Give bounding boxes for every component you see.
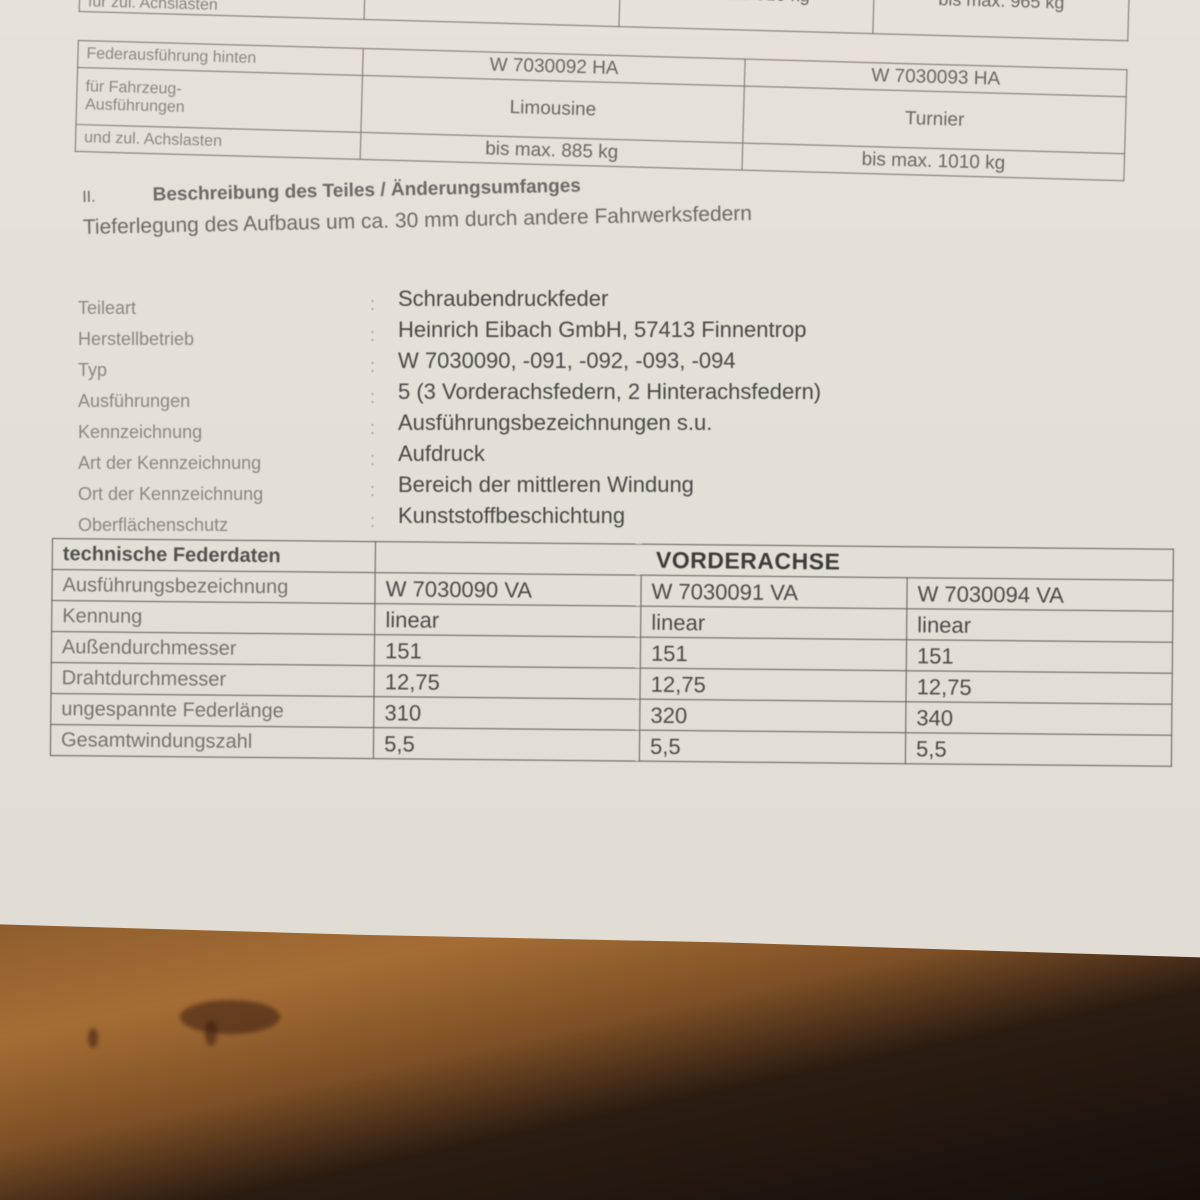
row-label: für Fahrzeug- Ausführungen <box>76 67 363 132</box>
cell: 5,5 <box>905 733 1171 767</box>
detail-colon: : <box>370 387 375 408</box>
detail-colon: : <box>370 449 375 470</box>
detail-colon: : <box>370 480 375 501</box>
cell: bis max. 910 kg <box>619 0 875 34</box>
cell: Turnier <box>743 86 1126 154</box>
row-label: für zul. Achslasten <box>79 0 365 19</box>
detail-value: Ausführungsbezeichnungen s.u. <box>398 410 712 436</box>
detail-label: Art der Kennzeichnung <box>78 453 261 474</box>
detail-row: Kennzeichnung : Ausführungsbezeichnungen… <box>78 410 978 441</box>
detail-colon: : <box>370 418 375 439</box>
cell: 5,5 <box>374 728 640 762</box>
cell: 12,75 <box>906 671 1172 705</box>
cell: W 7030091 VA <box>641 575 907 609</box>
cell: 310 <box>374 697 640 731</box>
detail-label: Herstellbetrieb <box>78 329 194 350</box>
row-label: Außendurchmesser <box>51 632 374 666</box>
row-label: ungespannte Federlänge <box>51 693 374 727</box>
detail-row: Art der Kennzeichnung : Aufdruck <box>78 441 978 472</box>
detail-label: Ort der Kennzeichnung <box>78 484 263 505</box>
cell: linear <box>907 609 1173 643</box>
cell: 12,75 <box>640 668 906 702</box>
cell: Limousine <box>361 75 744 143</box>
cell: 5,5 <box>639 730 905 764</box>
document-page: für zul. Achslasten bis max. 885 kg bis … <box>0 0 1200 958</box>
detail-colon: : <box>370 325 375 346</box>
detail-label: Teileart <box>78 298 136 319</box>
detail-value: Heinrich Eibach GmbH, 57413 Finnentrop <box>398 317 806 343</box>
detail-value: W 7030090, -091, -092, -093, -094 <box>398 348 736 374</box>
row-label: Ausführungsbezeichnung <box>52 570 375 604</box>
front-load-table-cut: für zul. Achslasten bis max. 885 kg bis … <box>79 0 1130 41</box>
detail-colon: : <box>370 511 375 532</box>
cell: 320 <box>640 699 906 733</box>
detail-row: Ort der Kennzeichnung : Bereich der mitt… <box>78 472 978 503</box>
detail-value: Bereich der mittleren Windung <box>398 472 694 498</box>
row-label: Drahtdurchmesser <box>51 662 374 696</box>
cell: bis max. 885 kg <box>364 0 620 27</box>
desk-stain <box>88 1028 98 1048</box>
detail-value: Kunststoffbeschichtung <box>398 503 625 529</box>
detail-row: Herstellbetrieb : Heinrich Eibach GmbH, … <box>78 317 978 348</box>
detail-value: Schraubendruckfeder <box>398 286 608 312</box>
rear-spring-table: Federausführung hinten W 7030092 HA W 70… <box>75 40 1128 181</box>
cell: 340 <box>906 702 1172 736</box>
detail-row: Teileart : Schraubendruckfeder <box>78 286 978 317</box>
cell: linear <box>375 604 641 638</box>
spring-data-table: technische Federdaten VORDERACHSE Ausfüh… <box>50 538 1174 767</box>
desk-stain <box>180 1000 280 1034</box>
detail-label: Oberflächenschutz <box>78 515 228 536</box>
cell: 151 <box>906 640 1172 674</box>
detail-value: Aufdruck <box>398 441 485 467</box>
detail-label: Typ <box>78 360 107 381</box>
detail-colon: : <box>370 356 375 377</box>
row-label: Kennung <box>52 601 375 635</box>
cell: 151 <box>374 635 640 669</box>
detail-label: Ausführungen <box>78 391 190 412</box>
detail-row: Ausführungen : 5 (3 Vorderachsfedern, 2 … <box>78 379 978 410</box>
detail-row: Oberflächenschutz : Kunststoffbeschichtu… <box>78 503 978 534</box>
section-heading: II. Beschreibung des Teiles / Änderungsu… <box>82 167 983 240</box>
section-title: Beschreibung des Teiles / Änderungsumfan… <box>152 176 581 206</box>
cell: W 7030094 VA <box>907 578 1173 612</box>
cell: bis max. 965 kg <box>873 0 1129 41</box>
top-tables: für zul. Achslasten bis max. 885 kg bis … <box>75 0 1130 181</box>
row-label: Gesamtwindungszahl <box>50 724 373 758</box>
cell: 151 <box>640 637 906 671</box>
header-label: technische Federdaten <box>52 539 375 573</box>
detail-row: Typ : W 7030090, -091, -092, -093, -094 <box>78 348 978 379</box>
table-row: für zul. Achslasten bis max. 885 kg bis … <box>79 0 1129 41</box>
detail-colon: : <box>370 294 375 315</box>
cell: 12,75 <box>374 666 640 700</box>
part-details: Teileart : Schraubendruckfeder Herstellb… <box>78 286 978 534</box>
cell: W 7030090 VA <box>375 573 641 607</box>
desk-stain <box>205 1020 217 1046</box>
section-number: II. <box>82 188 148 207</box>
cell: linear <box>641 606 907 640</box>
detail-value: 5 (3 Vorderachsfedern, 2 Hinterachsfeder… <box>398 379 821 405</box>
detail-label: Kennzeichnung <box>78 422 202 443</box>
